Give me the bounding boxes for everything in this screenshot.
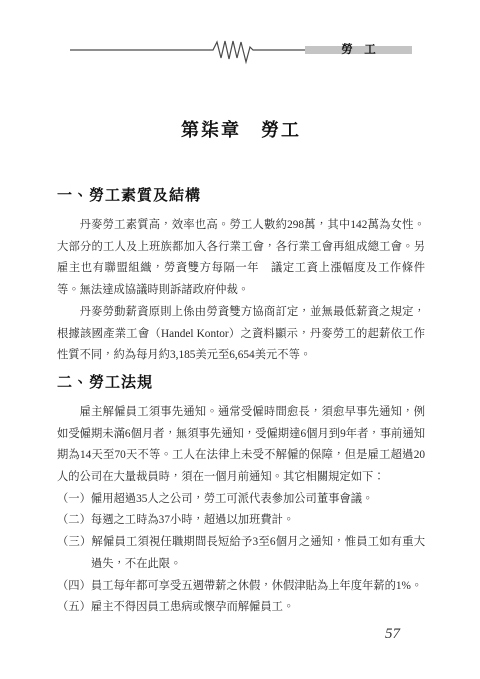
page-content: 第柒章 勞工 一、勞工素質及結構 丹麥勞工素質高，效率也高。勞工人數約298萬，… xyxy=(57,0,425,619)
section-1-paragraph-2: 丹麥勞動薪資原則上係由勞資雙方協商訂定，並無最低薪資之規定，根據該國產業工會（H… xyxy=(57,302,425,367)
list-item: （二）每週之工時為37小時，超過以加班費計。 xyxy=(57,510,425,532)
section-1-paragraph-1: 丹麥勞工素質高，效率也高。勞工人數約298萬，其中142萬為女性。大部分的工人及… xyxy=(57,215,425,302)
document-page: 勞 工 第柒章 勞工 一、勞工素質及結構 丹麥勞工素質高，效率也高。勞工人數約2… xyxy=(0,0,480,679)
page-number: 57 xyxy=(385,626,400,643)
chapter-title: 第柒章 勞工 xyxy=(57,116,425,144)
list-item: （一）僱用超過35人之公司，勞工可派代表參加公司董事會議。 xyxy=(57,489,425,511)
section-1-heading: 一、勞工素質及結構 xyxy=(57,186,425,206)
section-2-paragraph-1: 雇主解僱員工須事先通知。通常受僱時間愈長，須愈早事先通知，例如受僱期未滿6個月者… xyxy=(57,402,425,489)
list-item: （五）雇主不得因員工患病或懷孕而解僱員工。 xyxy=(57,597,425,619)
section-2-heading: 二、勞工法規 xyxy=(57,373,425,393)
list-item: （四）員工每年都可享受五週帶薪之休假，休假津貼為上年度年薪的1%。 xyxy=(57,576,425,598)
regulation-list: （一）僱用超過35人之公司，勞工可派代表參加公司董事會議。 （二）每週之工時為3… xyxy=(57,489,425,619)
list-item: （三）解僱員工須視任職期間長短給予3至6個月之通知，惟員工如有重大過失，不在此限… xyxy=(57,532,425,575)
